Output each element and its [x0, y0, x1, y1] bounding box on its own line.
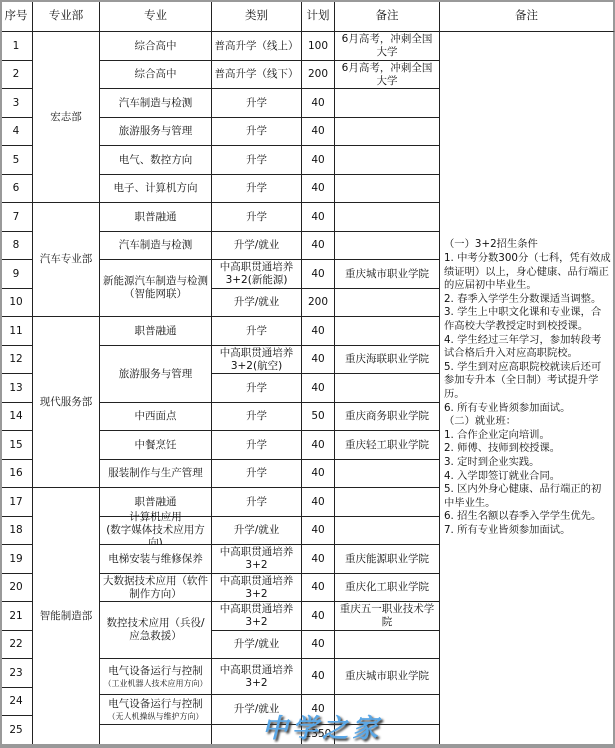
plan-cell: 40: [302, 602, 335, 631]
major-cell: 中西面点: [100, 403, 212, 431]
plan-cell: 100: [302, 32, 335, 61]
category-cell: 中高职贯通培养3+2: [212, 574, 302, 602]
header-remark-2: 备注: [440, 0, 615, 32]
plan-cell: 40: [302, 659, 335, 695]
major-cell: 综合高中: [100, 61, 212, 89]
plan-cell: 40: [302, 146, 335, 175]
remark-cell: 重庆化工职业学院: [335, 574, 440, 602]
frame-left: [0, 0, 2, 748]
major-cell: 职普融通: [100, 317, 212, 346]
remark-cell: [335, 203, 440, 232]
category-cell: 中高职贯通培养3+2: [212, 602, 302, 631]
department-cell: 现代服务部: [33, 317, 100, 488]
major-cell: 大数据技术应用（软件制作方向）: [100, 574, 212, 602]
remark-cell: 重庆能源职业学院: [335, 545, 440, 574]
row-number: 13: [0, 374, 33, 403]
major-cell: 电梯安装与维修保养: [100, 545, 212, 574]
remark-cell: [335, 89, 440, 118]
header-remark: 备注: [335, 0, 440, 32]
department-cell: 汽车专业部: [33, 203, 100, 317]
major-cell: 汽车制造与检测: [100, 232, 212, 260]
row-number: 5: [0, 146, 33, 175]
category-cell: 升学: [212, 118, 302, 146]
plan-cell: 40: [302, 203, 335, 232]
remark-cell: [335, 232, 440, 260]
remark-cell: [335, 517, 440, 545]
major-cell: 服装制作与生产管理: [100, 460, 212, 488]
plan-cell: 50: [302, 403, 335, 431]
plan-cell: 40: [302, 431, 335, 460]
remark-cell: 6月高考，冲刺全国大学: [335, 61, 440, 89]
category-cell: 升学: [212, 89, 302, 118]
row-number: 16: [0, 460, 33, 488]
remark-cell: [335, 289, 440, 317]
remark-cell: [335, 317, 440, 346]
remark-cell: [335, 631, 440, 659]
major-cell: 电气、数控方向: [100, 146, 212, 175]
category-cell: 中高职贯通培养3+2: [212, 659, 302, 695]
category-cell: 升学/就业: [212, 232, 302, 260]
department-cell: 宏志部: [33, 32, 100, 203]
row-number: 1: [0, 32, 33, 61]
row-number: 22: [0, 631, 33, 659]
major-subtitle: （工业机器人技术应用方向）: [104, 678, 208, 689]
category-cell: 普高升学（线下）: [212, 61, 302, 89]
header-category: 类别: [212, 0, 302, 32]
row-number: 21: [0, 602, 33, 631]
department-cell: 智能制造部: [33, 488, 100, 745]
remark-cell: 重庆城市职业学院: [335, 260, 440, 289]
row-number: 18: [0, 517, 33, 545]
plan-cell: 40: [302, 631, 335, 659]
row-number: 17: [0, 488, 33, 517]
category-cell: 升学: [212, 374, 302, 403]
category-cell: 升学: [212, 488, 302, 517]
major-cell: 综合高中: [100, 32, 212, 61]
category-cell: 升学/就业: [212, 289, 302, 317]
row-number: 14: [0, 403, 33, 431]
category-cell: 升学/就业: [212, 631, 302, 659]
row-number: 2: [0, 61, 33, 89]
category-cell: 升学/就业: [212, 517, 302, 545]
remark-cell: [335, 175, 440, 203]
row-number: 25: [0, 716, 33, 745]
remark-cell: [335, 488, 440, 517]
plan-cell: 40: [302, 317, 335, 346]
row-number: 15: [0, 431, 33, 460]
row-number: 4: [0, 118, 33, 146]
remark-cell: 重庆城市职业学院: [335, 659, 440, 695]
row-number: 7: [0, 203, 33, 232]
major-title: 电气设备运行与控制: [108, 665, 203, 678]
header-no: 序号: [0, 0, 33, 32]
major-cell: 电子、计算机方向: [100, 175, 212, 203]
plan-cell: 40: [302, 260, 335, 289]
major-cell: 计算机应用 (数字媒体技术应用方向): [100, 517, 212, 545]
major-cell: 职普融通: [100, 203, 212, 232]
header-plan: 计划: [302, 0, 335, 32]
remark-cell: [335, 146, 440, 175]
category-cell: 升学: [212, 403, 302, 431]
row-number: 10: [0, 289, 33, 317]
notes-text: （一）3+2招生条件 1. 中考分数300分（七科，凭有效成绩证明）以上，身心健…: [440, 238, 613, 537]
remark-cell: [335, 374, 440, 403]
plan-cell: 40: [302, 346, 335, 374]
plan-cell: 200: [302, 61, 335, 89]
header-department: 专业部: [33, 0, 100, 32]
header-major: 专业: [100, 0, 212, 32]
remark-cell: 重庆海联职业学院: [335, 346, 440, 374]
major-cell: 汽车制造与检测: [100, 89, 212, 118]
category-cell: 升学: [212, 175, 302, 203]
major-cell: 旅游服务与管理: [100, 118, 212, 146]
plan-cell: 40: [302, 232, 335, 260]
plan-cell: 40: [302, 574, 335, 602]
row-number: 9: [0, 260, 33, 289]
major-cell: 电气设备运行与控制（无人机操纵与维护方向）: [100, 695, 212, 725]
watermark: 中学之家: [262, 708, 382, 745]
major-cell: 数控技术应用（兵役/应急救援）: [100, 602, 212, 659]
category-cell: 升学: [212, 460, 302, 488]
plan-cell: 40: [302, 374, 335, 403]
major-cell: 电气设备运行与控制（工业机器人技术应用方向）: [100, 659, 212, 695]
plan-cell: 40: [302, 89, 335, 118]
major-cell: [100, 725, 212, 745]
category-cell: 升学: [212, 146, 302, 175]
plan-cell: 40: [302, 545, 335, 574]
category-cell: 中高职贯通培养3+2(航空): [212, 346, 302, 374]
major-title: 电气设备运行与控制: [108, 698, 203, 711]
frame-top: [0, 0, 615, 2]
remark-cell: [335, 118, 440, 146]
remark-cell: 重庆轻工职业学院: [335, 431, 440, 460]
row-number: 8: [0, 232, 33, 260]
plan-cell: 40: [302, 175, 335, 203]
category-cell: 普高升学（线上）: [212, 32, 302, 61]
major-cell: 旅游服务与管理: [100, 346, 212, 403]
category-cell: 中高职贯通培养3+2(新能源): [212, 260, 302, 289]
row-number: 20: [0, 574, 33, 602]
remark-cell: 重庆五一职业技术学院: [335, 602, 440, 631]
row-number: 12: [0, 346, 33, 374]
plan-cell: 40: [302, 460, 335, 488]
notes-panel: （一）3+2招生条件 1. 中考分数300分（七科，凭有效成绩证明）以上，身心健…: [440, 32, 615, 745]
row-number: 3: [0, 89, 33, 118]
row-number: 11: [0, 317, 33, 346]
row-number: 23: [0, 659, 33, 688]
row-number: 19: [0, 545, 33, 574]
plan-cell: 40: [302, 488, 335, 517]
remark-cell: 6月高考，冲刺全国大学: [335, 32, 440, 61]
major-cell: 新能源汽车制造与检测（智能网联）: [100, 260, 212, 317]
major-cell: 中餐烹饪: [100, 431, 212, 460]
category-cell: 升学: [212, 317, 302, 346]
plan-cell: 40: [302, 118, 335, 146]
major-subtitle: （无人机操纵与维护方向）: [108, 711, 204, 722]
category-cell: 升学: [212, 431, 302, 460]
remark-cell: [335, 460, 440, 488]
row-number: 24: [0, 688, 33, 716]
remark-cell: 重庆商务职业学院: [335, 403, 440, 431]
row-number: 6: [0, 175, 33, 203]
plan-cell: 200: [302, 289, 335, 317]
category-cell: 中高职贯通培养3+2: [212, 545, 302, 574]
plan-cell: 40: [302, 517, 335, 545]
category-cell: 升学: [212, 203, 302, 232]
